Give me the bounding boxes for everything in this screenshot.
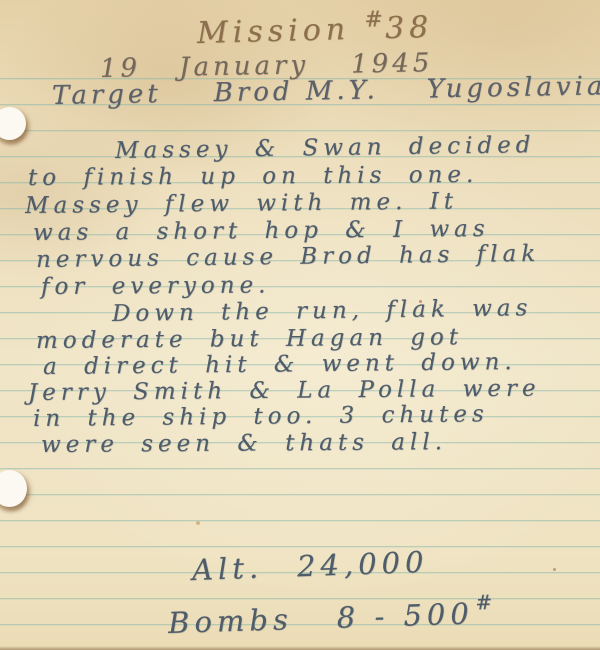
altitude-line: Alt.24,000 (191, 548, 428, 585)
hash-symbol: # (364, 7, 384, 33)
bombs-line: Bombs8 - 500# (167, 592, 497, 638)
pound-symbol: # (475, 590, 498, 615)
handwriting-line-12: were seen & thats all. (41, 431, 447, 457)
handwriting-line-11: in the ship too. 3 chutes (33, 403, 489, 431)
bombs-label: Bombs (168, 602, 294, 640)
mission-number: 38 (385, 10, 434, 46)
mission-title-word: Mission (197, 12, 351, 51)
handwriting-line-9: a direct hit & went down. (43, 351, 517, 379)
handwriting-line-2: to finish up on this one. (28, 164, 478, 190)
bombs-value: 8 - 500 (336, 596, 474, 634)
target-place: Brod M.Y. (213, 75, 379, 108)
handwriting-line-5: nervous cause Brod has flak (36, 243, 541, 272)
altitude-value: 24,000 (296, 545, 429, 584)
handwriting-line-4: was a short hop & I was (33, 218, 490, 245)
paper-speck (553, 568, 556, 571)
page-bottom-edge (0, 646, 600, 650)
handwriting-line-6: for everyone. (41, 274, 271, 299)
punch-hole-top (0, 107, 26, 140)
handwriting-line-1: Massey & Swan decided (115, 134, 536, 163)
handwriting-line-3: Massey flew with me. It (25, 190, 458, 218)
handwriting-line-7: Down the run, flak was (112, 297, 533, 326)
target-line: TargetBrod M.Y.Yugoslavia (52, 73, 600, 109)
punch-hole-bottom (0, 470, 27, 507)
target-label: Target (52, 79, 162, 111)
altitude-label: Alt. (191, 551, 263, 587)
mission-title: Mission #38 (197, 8, 434, 49)
handwriting-line-8: moderate but Hagan got (36, 326, 463, 353)
notebook-page: Mission #38 19January1945 TargetBrod M.Y… (0, 0, 600, 650)
target-country: Yugoslavia (426, 71, 600, 104)
paper-speck (196, 521, 200, 525)
